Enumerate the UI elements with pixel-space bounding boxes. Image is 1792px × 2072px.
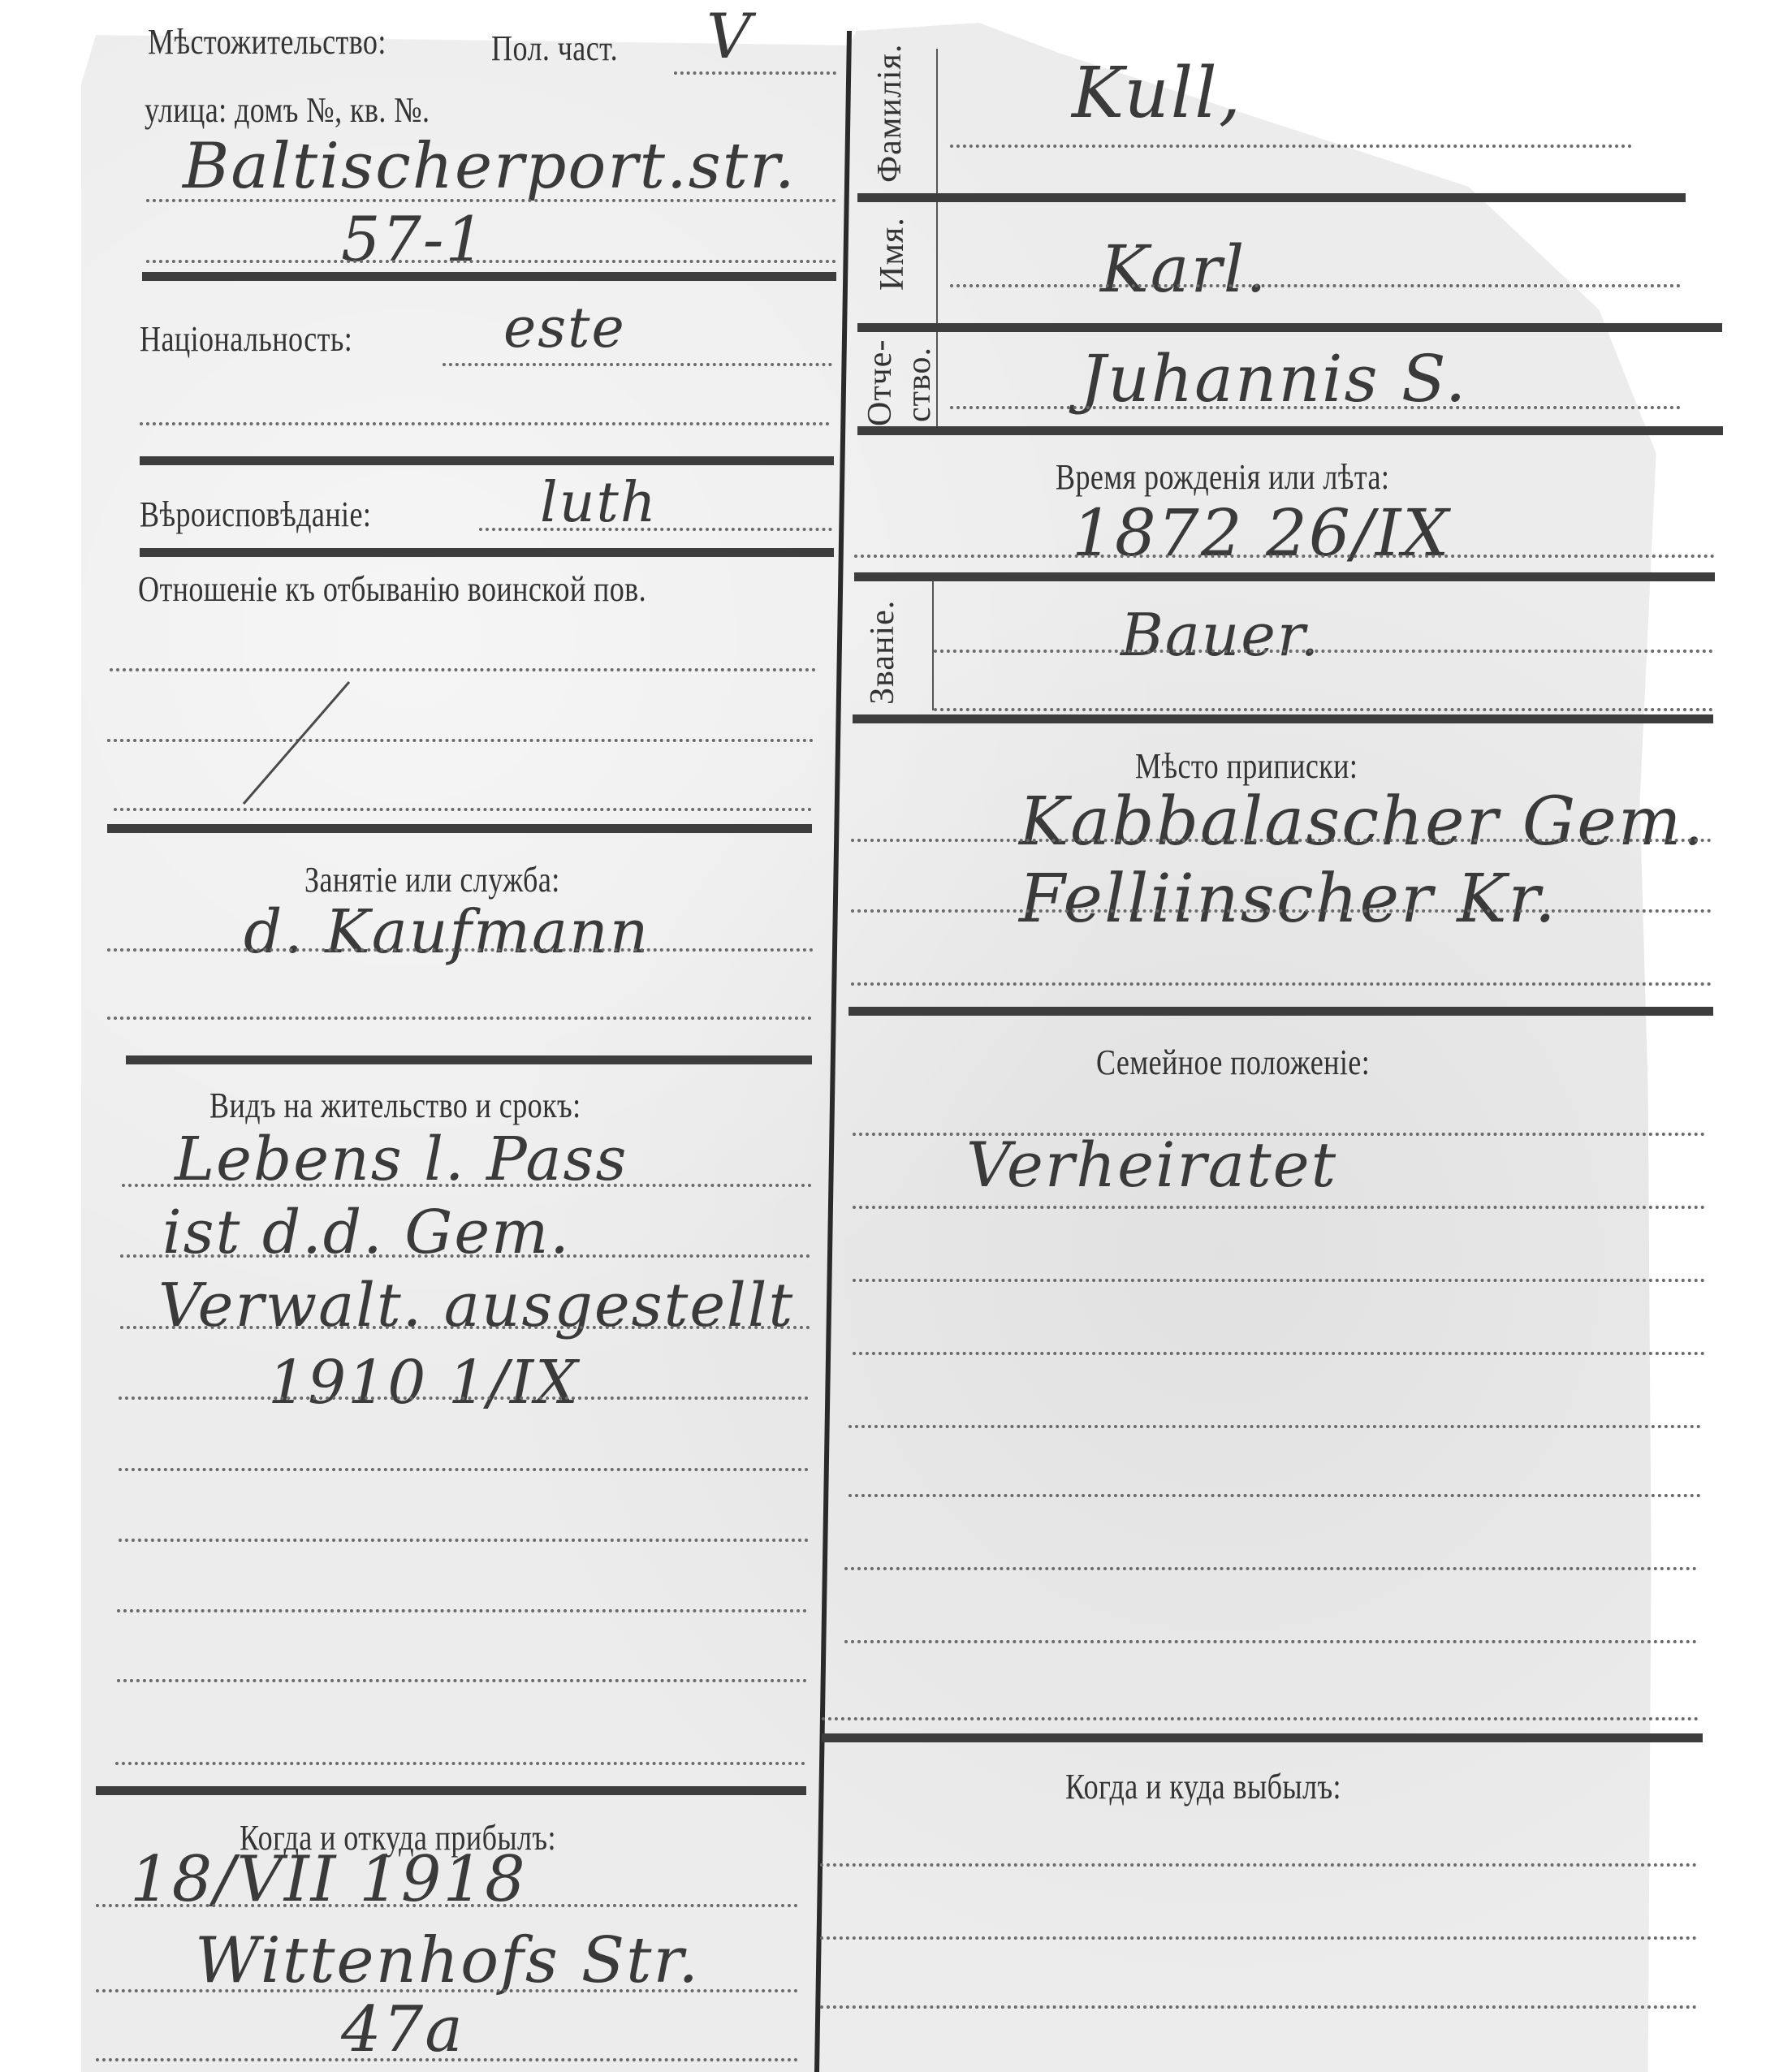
residence-permit-line4: 1910 1/IX	[268, 1348, 580, 1418]
section-divider	[140, 456, 834, 465]
occupation-line-2	[107, 1017, 812, 1020]
religion-line	[479, 528, 832, 531]
section-divider	[822, 1733, 1703, 1742]
residence-permit-line-rule-6	[119, 1539, 809, 1542]
street-label: улица: домъ №, кв. №.	[145, 89, 430, 131]
marital-line-rule-5	[849, 1425, 1701, 1428]
marital-line-rule-6	[849, 1494, 1701, 1497]
marital-line-rule-9	[822, 1717, 1699, 1720]
marital-line-rule-3	[853, 1279, 1705, 1282]
residence-permit-line-rule-9	[115, 1762, 805, 1765]
street-value-line2: 57-1	[341, 203, 486, 275]
residence-permit-line-rule-7	[117, 1609, 807, 1612]
residence-permit-line-rule-5	[119, 1468, 809, 1471]
nationality-line-2	[140, 422, 830, 425]
surname-line	[950, 145, 1632, 148]
section-divider	[142, 272, 836, 281]
rank-label: Званіе.	[863, 600, 902, 705]
registration-line1: Kabbalascher Gem.	[1019, 783, 1706, 861]
first-name-line	[950, 284, 1681, 287]
police-district-label: Пол. част.	[491, 28, 618, 69]
marital-label: Семейное положеніе:	[1096, 1042, 1370, 1083]
rank-line-1	[934, 650, 1713, 653]
occupation-label: Занятіе или служба:	[304, 859, 560, 900]
street-value-line1: Baltischerport.str.	[183, 130, 797, 203]
birth-label: Время рожденія или лѣта:	[1056, 456, 1389, 498]
residence-permit-line-rule-1	[122, 1184, 812, 1187]
residence-permit-label: Видъ на жительство и срокъ:	[209, 1085, 581, 1126]
departure-label: Когда и куда выбылъ:	[1065, 1766, 1341, 1807]
nationality-line-1	[443, 363, 832, 366]
birth-value: 1872 26/IX	[1072, 495, 1450, 571]
birth-line	[854, 555, 1715, 558]
section-divider	[857, 193, 1686, 202]
military-line-3	[114, 808, 812, 811]
registration-line-rule-1	[851, 839, 1712, 842]
police-district-value: V	[706, 0, 753, 72]
residence-permit-line-rule-3	[120, 1326, 810, 1329]
residence-permit-line-rule-4	[119, 1396, 809, 1400]
residence-permit-line-rule-8	[117, 1679, 807, 1682]
military-line-1	[110, 668, 816, 671]
section-divider	[857, 426, 1723, 435]
residence-label: Мѣстожительство:	[148, 21, 386, 63]
nationality-value: este	[503, 296, 626, 360]
departure-line-rule-1	[820, 1863, 1697, 1867]
arrival-line2: Wittenhofs Str.	[195, 1924, 700, 1997]
patronymic-line	[950, 406, 1681, 409]
religion-label: Вѣроисповѣданіе:	[140, 494, 371, 535]
nationality-label: Національность:	[140, 318, 352, 360]
surname-value: Kull,	[1072, 53, 1242, 134]
departure-line-rule-3	[820, 2005, 1697, 2009]
registration-label: Мѣсто приписки:	[1135, 745, 1358, 787]
marital-line-rule-2	[853, 1206, 1705, 1209]
military-line-2	[107, 739, 814, 742]
marital-line-rule-8	[844, 1640, 1697, 1643]
patronymic-label-line2: ство.	[900, 347, 939, 422]
registration-line2: Felliinscher Kr.	[1019, 861, 1557, 938]
section-divider	[140, 548, 834, 557]
marital-line-rule-4	[853, 1352, 1705, 1355]
street-line-2	[146, 260, 836, 263]
military-label: Отношеніе къ отбыванію воинской пов.	[138, 568, 646, 610]
military-slash-mark	[235, 678, 365, 808]
arrival-line-rule-3	[96, 2058, 798, 2061]
arrival-line-rule-1	[96, 1904, 798, 1907]
patronymic-label-line1: Отче-	[861, 339, 900, 426]
religion-value: luth	[540, 471, 658, 535]
occupation-line-1	[107, 948, 814, 952]
section-divider	[857, 323, 1722, 332]
registration-line-rule-3	[851, 982, 1712, 986]
departure-line-rule-2	[820, 1936, 1697, 1940]
rank-inner-divider	[932, 581, 934, 710]
residence-permit-line3: Verwalt. ausgestellt	[158, 1271, 794, 1340]
section-divider	[853, 714, 1713, 723]
registration-line-rule-2	[851, 909, 1712, 913]
section-divider	[126, 1055, 812, 1064]
rank-value: Bauer.	[1121, 601, 1320, 669]
surname-label: Фамилія.	[870, 44, 909, 183]
police-district-line	[674, 71, 836, 75]
arrival-line-rule-2	[96, 1989, 798, 1992]
occupation-value: d. Kaufmann	[244, 897, 650, 967]
arrival-line3: 47a	[341, 1993, 464, 2066]
marital-line-rule-7	[844, 1567, 1697, 1570]
marital-value: Verheiratet	[966, 1129, 1337, 1201]
section-divider	[849, 1007, 1713, 1016]
residence-permit-line-rule-2	[120, 1254, 810, 1258]
section-divider	[96, 1786, 806, 1795]
street-line-1	[146, 199, 836, 202]
first-name-value: Karl.	[1100, 231, 1268, 307]
section-divider	[854, 572, 1715, 581]
rank-line-2	[934, 708, 1713, 711]
first-name-label: Имя.	[873, 217, 912, 291]
section-divider	[107, 824, 812, 833]
